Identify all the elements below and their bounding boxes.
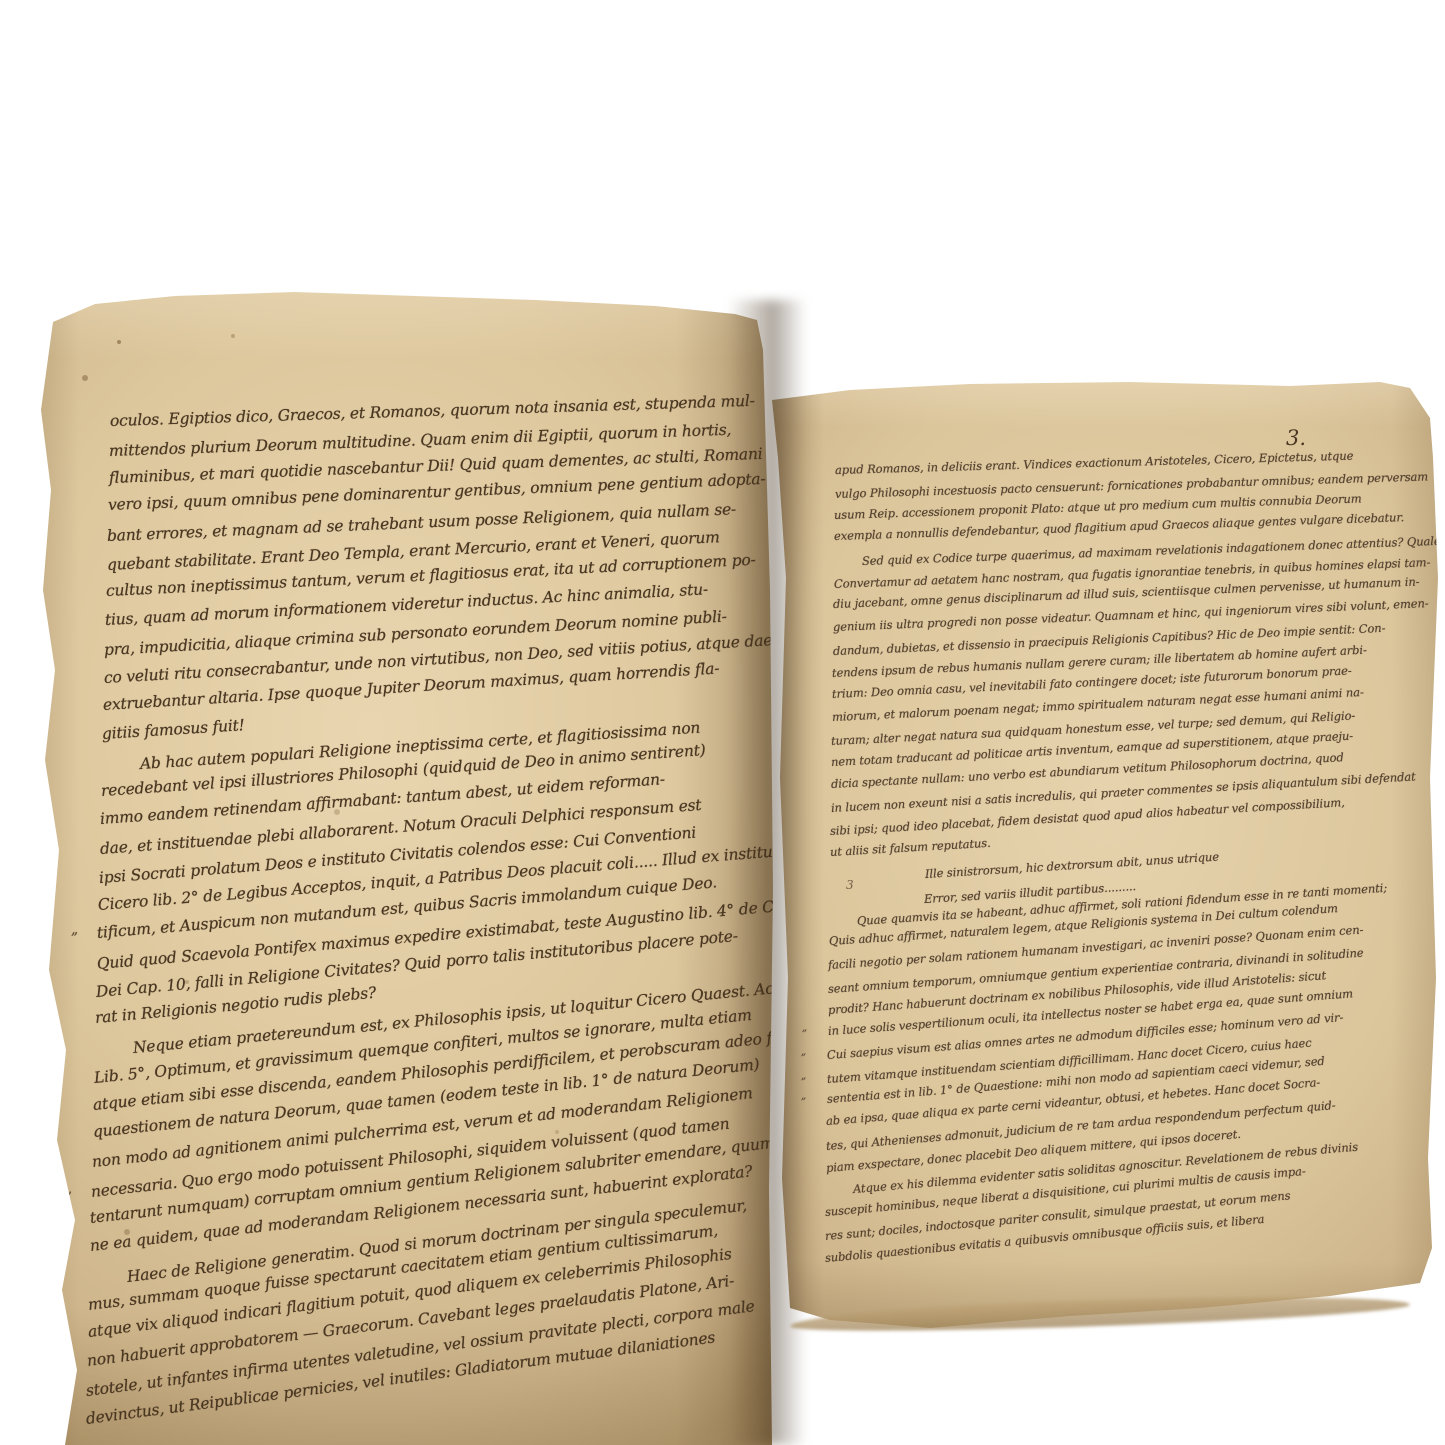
margin-quote-mark: „ — [800, 1046, 806, 1058]
left-page: oculos. Egiptios dico, Graecos, et Roman… — [35, 290, 780, 1445]
foxing-spots — [117, 340, 121, 344]
margin-numeral: 3 — [846, 878, 854, 892]
margin-quote-mark: „ — [800, 1069, 806, 1081]
margin-quote-mark: „ — [801, 1022, 807, 1034]
manuscript-photo: oculos. Egiptios dico, Graecos, et Roman… — [0, 0, 1445, 1445]
margin-quote-mark: „ — [800, 1090, 806, 1102]
right-page: 3. 3 apud Romanos, in deliciis erant. Vi… — [770, 378, 1445, 1358]
page-number: 3. — [1286, 426, 1306, 450]
